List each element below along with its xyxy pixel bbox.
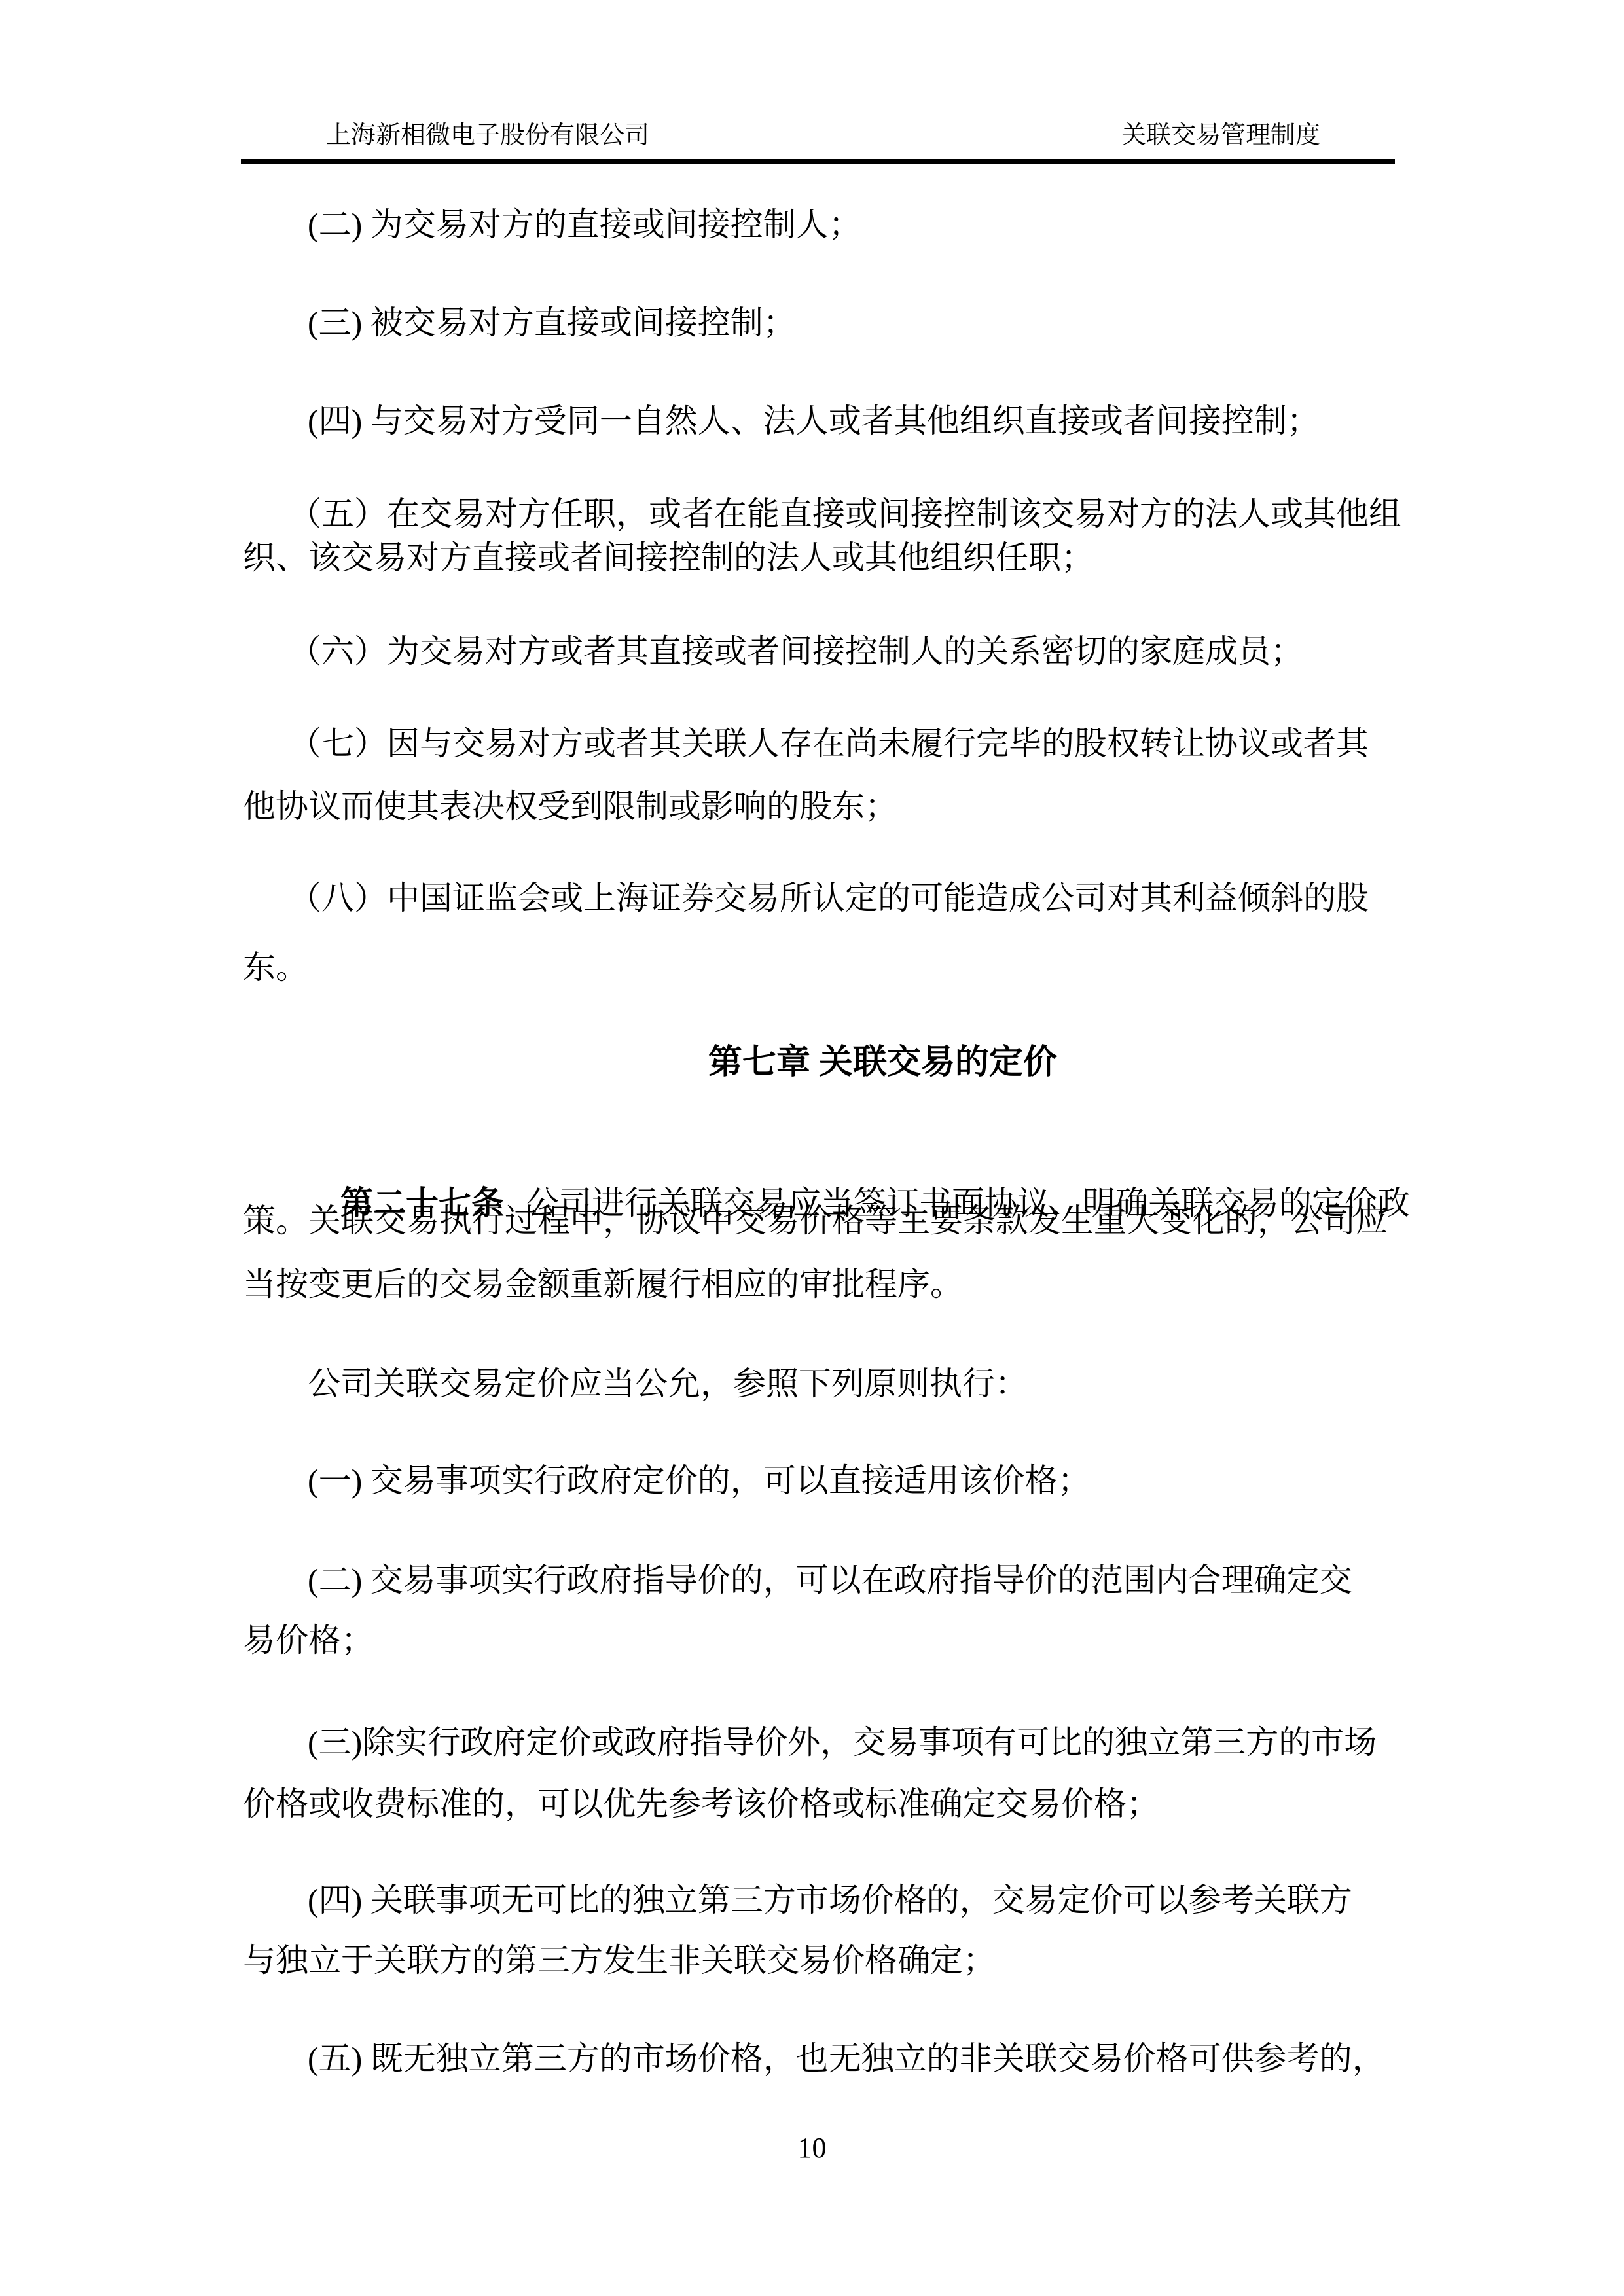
document-page: 上海新相微电子股份有限公司 关联交易管理制度 (二) 为交易对方的直接或间接控制… (0, 0, 1624, 2296)
document-line: 策。关联交易执行过程中，协议中交易价格等主要条款发生重大变化的，公司应 (243, 1200, 1388, 1241)
document-line: 东。 (243, 947, 308, 988)
document-line: 价格或收费标准的，可以优先参考该价格或标准确定交易价格； (243, 1784, 1159, 1824)
document-line: 与独立于关联方的第三方发生非关联交易价格确定； (243, 1940, 996, 1981)
document-line: (五) 既无独立第三方的市场价格，也无独立的非关联交易价格可供参考的， (308, 2038, 1385, 2079)
document-line: (二) 交易事项实行政府指导价的，可以在政府指导价的范围内合理确定交 (308, 1560, 1352, 1600)
document-line: 当按变更后的交易金额重新履行相应的审批程序。 (243, 1264, 963, 1304)
document-line: （七）因与交易对方或者其关联人存在尚未履行完毕的股权转让协议或者其 (289, 723, 1369, 764)
document-line: (四) 与交易对方受同一自然人、法人或者其他组织直接或者间接控制； (308, 401, 1320, 441)
document-line: (三)除实行政府定价或政府指导价外，交易事项有可比的独立第三方的市场 (308, 1722, 1377, 1763)
document-line: （八）中国证监会或上海证券交易所认定的可能造成公司对其利益倾斜的股 (289, 878, 1369, 918)
header-doc-title: 关联交易管理制度 (1121, 120, 1320, 151)
page-number: 10 (0, 2131, 1624, 2165)
chapter-heading: 第七章 关联交易的定价 (708, 1042, 1057, 1084)
document-line: (二) 为交易对方的直接或间接控制人； (308, 204, 861, 245)
header-divider (241, 159, 1395, 164)
header-company: 上海新相微电子股份有限公司 (326, 120, 649, 151)
document-line: (四) 关联事项无可比的独立第三方市场价格的，交易定价可以参考关联方 (308, 1880, 1352, 1920)
document-line: (三) 被交易对方直接或间接控制； (308, 302, 796, 343)
document-line: 织、该交易对方直接或者间接控制的法人或其他组织任职； (243, 537, 1094, 578)
document-line: 公司关联交易定价应当公允，参照下列原则执行： (308, 1363, 1028, 1404)
document-line: （六）为交易对方或者其直接或者间接控制人的关系密切的家庭成员； (289, 631, 1303, 672)
document-line: (一) 交易事项实行政府定价的，可以直接适用该价格； (308, 1460, 1091, 1501)
document-line: 他协议而使其表决权受到限制或影响的股东； (243, 786, 897, 827)
document-line: （五）在交易对方任职，或者在能直接或间接控制该交易对方的法人或其他组 (289, 493, 1401, 534)
document-line: 易价格； (243, 1620, 374, 1660)
